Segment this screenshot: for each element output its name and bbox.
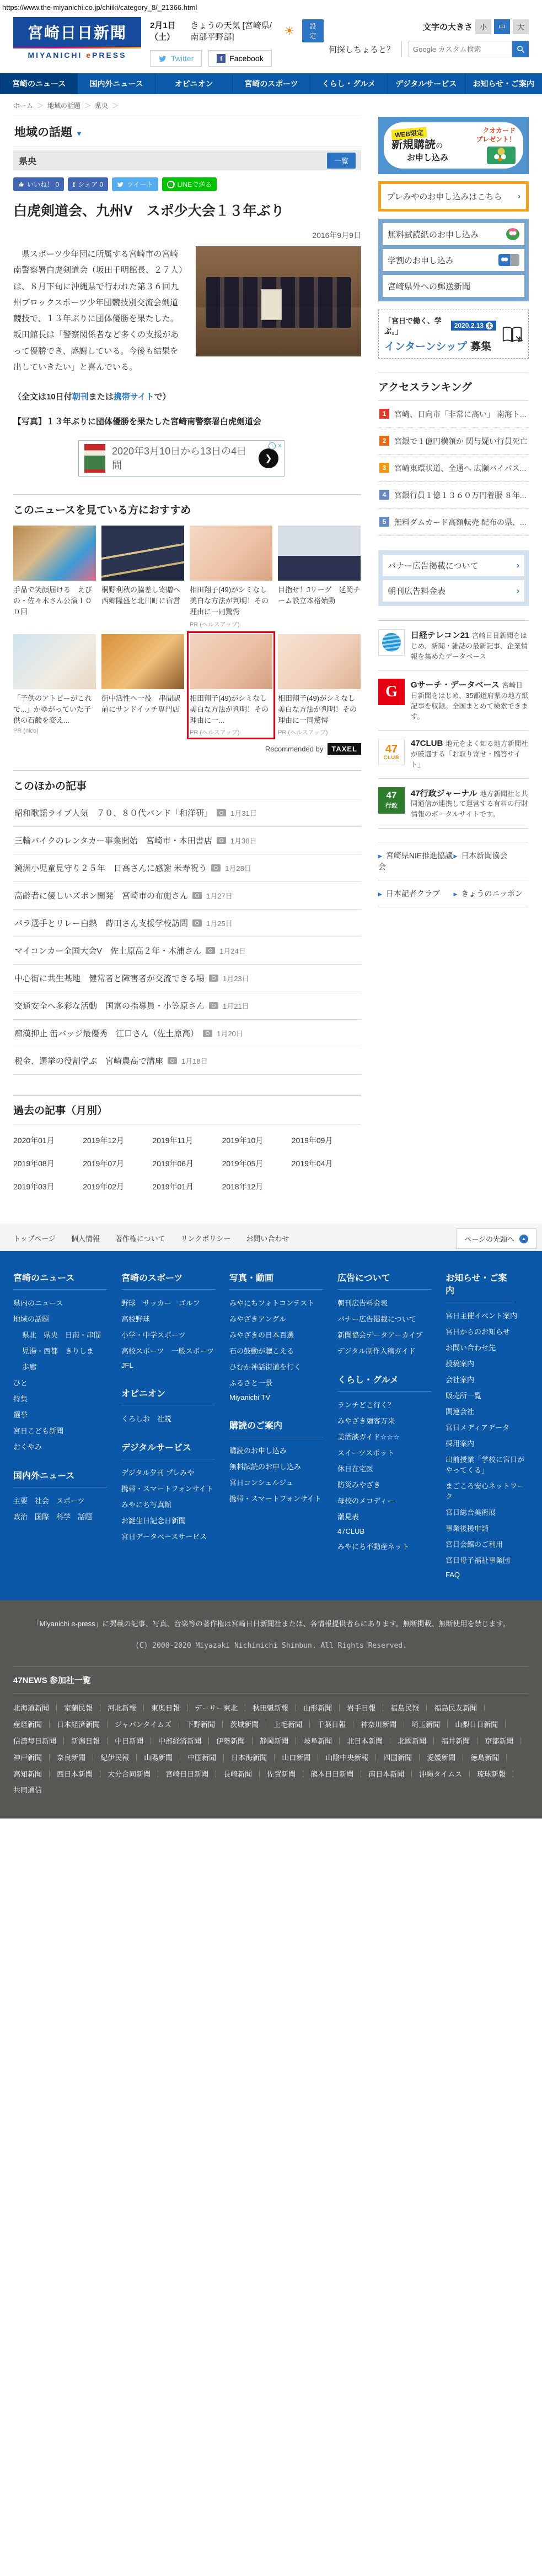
footer-link[interactable]: 美酒談ガイド☆☆☆ xyxy=(337,1428,446,1444)
footer-link[interactable]: 購読のお申し込み xyxy=(229,1442,337,1458)
nav-item[interactable]: 宮崎のニュース xyxy=(0,73,77,94)
newspaper-link[interactable]: 愛媛新聞 xyxy=(427,1750,470,1766)
archive-month-link[interactable]: 2019年08月 xyxy=(13,1152,83,1175)
main-nav: 宮崎のニュース国内外ニュースオピニオン宮崎のスポーツくらし・グルメデジタルサービ… xyxy=(0,73,542,94)
article-photo[interactable] xyxy=(196,246,361,356)
newspaper-link[interactable]: 茨城新聞 xyxy=(230,1717,273,1733)
newspaper-link[interactable]: 宮崎日日新聞 xyxy=(165,1766,223,1783)
chevron-down-icon[interactable]: ▼ xyxy=(76,129,83,138)
morning-edition-link[interactable]: 朝刊 xyxy=(72,392,89,402)
footer-link[interactable]: 県北 県央 日南・串間 xyxy=(13,1327,121,1343)
prefooter-link[interactable]: 著作権について xyxy=(115,1233,165,1243)
recommended-card[interactable]: 桐野利秋の脇差し寄贈へ 西郷隆盛と北川町に宿営 xyxy=(101,526,184,628)
fulltext-note: （全文は10日付朝刊または携帯サイトで） xyxy=(13,391,361,402)
camera-icon xyxy=(217,837,226,844)
apply-box-item[interactable]: 無料試読紙のお申し込み xyxy=(383,223,524,245)
rank-number-badge: 2 xyxy=(379,436,389,446)
service-name: Gサーチ・データベース xyxy=(411,680,500,690)
newspaper-link[interactable]: 奈良新聞 xyxy=(57,1750,100,1766)
card-image xyxy=(13,634,96,689)
news-date: 1月31日 xyxy=(230,808,257,818)
newspaper-link[interactable]: デーリー東北 xyxy=(195,1700,253,1717)
font-size-label: 文字の大きさ xyxy=(423,21,473,33)
footer-link[interactable]: 宮日コンシェルジュ xyxy=(229,1474,337,1490)
footer-link[interactable]: 政治 国際 科学 話題 xyxy=(13,1508,121,1524)
footer-link[interactable]: みやにちフォトコンテスト xyxy=(229,1295,337,1311)
newspaper-link[interactable]: 山形新聞 xyxy=(303,1700,347,1717)
twitter-button[interactable]: Twitter xyxy=(150,50,202,67)
newspaper-link[interactable]: 埼玉新聞 xyxy=(411,1717,455,1733)
epress-e-icon: e xyxy=(86,51,92,59)
newspaper-link[interactable]: 福井新聞 xyxy=(441,1733,485,1750)
weather-label[interactable]: きょうの天気 [宮崎県/南部平野部] xyxy=(190,19,280,42)
recommended-section: このニュースを見ている方におすすめ 手品で笑顔届ける えびの・佐々木さん公演１０… xyxy=(13,494,361,755)
footer-link[interactable]: おくやみ xyxy=(13,1438,121,1454)
news-list-item[interactable]: マイコンカー全国大会V 佐土原高２年・木浦さん 1月24日 xyxy=(13,937,361,965)
footer-link[interactable]: 宮日データベースサービス xyxy=(121,1528,229,1544)
footer-link[interactable]: 石の鼓動が聴こえる xyxy=(229,1343,337,1359)
archive-month-link[interactable]: 2018年12月 xyxy=(222,1175,292,1198)
ad-text: 2020年3月10日から13日の4日間 xyxy=(112,444,252,473)
news-date: 1月28日 xyxy=(225,863,251,873)
footer-link[interactable]: 小学・中学スポーツ xyxy=(121,1327,229,1343)
newspaper-link[interactable]: 産経新聞 xyxy=(13,1717,57,1733)
ranking-item[interactable]: 3 宮崎東環状道、全通へ 広瀬バイパス... xyxy=(378,455,529,482)
footer-link[interactable]: 写真・動画 xyxy=(229,1257,323,1290)
service-logo-icon xyxy=(378,629,405,656)
footer-link[interactable]: 高校スポーツ 一般スポーツ xyxy=(121,1343,229,1359)
news-list-item[interactable]: 中心街に共生基地 健常者と障害者が交流できる場 1月23日 xyxy=(13,965,361,992)
camera-icon xyxy=(209,1002,218,1009)
footer-sitemap: 宮崎のニュース県内のニュース地域の話題県北 県央 日南・串間児湯・西都 きりしま… xyxy=(0,1251,542,1600)
newspaper-link[interactable]: 紀伊民報 xyxy=(100,1750,144,1766)
footer-link[interactable]: 販売所一覧 xyxy=(446,1387,529,1403)
footer-link[interactable]: 休日在宅医 xyxy=(337,1460,446,1476)
line-share-button[interactable]: LINEで送る xyxy=(162,177,217,191)
footer-column-3: 写真・動画みやにちフォトコンテストみやざきアングルみやざきの日本百選石の鼓動が聴… xyxy=(229,1257,337,1582)
footer-link[interactable]: くろしお 社説 xyxy=(121,1410,229,1426)
card-pr-label: PR (ヘルスアップ) xyxy=(190,620,272,629)
footer-link[interactable]: 宮日メディアデータ xyxy=(446,1419,529,1435)
newspaper-link[interactable]: 岐阜新聞 xyxy=(303,1733,347,1750)
newspaper-link[interactable]: 神戸新聞 xyxy=(13,1750,57,1766)
nav-item[interactable]: オピニオン xyxy=(155,73,232,94)
newspaper-link[interactable]: 中部経済新聞 xyxy=(158,1733,216,1750)
news-date: 1月18日 xyxy=(181,1056,208,1066)
ad-arrow-button[interactable]: ❯ xyxy=(259,448,278,468)
footer-link[interactable]: 携帯・スマートフォンサイト xyxy=(229,1490,337,1506)
camera-icon xyxy=(209,975,218,982)
footer-link[interactable]: デジタル夕刊 プレみや xyxy=(121,1464,229,1480)
subscribe-cloud: WEB限定 新規購読の お申し込み クオカードプレゼント！ xyxy=(384,122,523,169)
news-date: 1月23日 xyxy=(223,973,249,983)
footer-link[interactable]: お知らせ・ご案内 xyxy=(446,1257,514,1302)
nav-item[interactable]: 国内外ニュース xyxy=(77,73,154,94)
search-button[interactable] xyxy=(512,41,529,57)
newspaper-link[interactable]: 中国新聞 xyxy=(187,1750,231,1766)
footer-link[interactable]: 宮日総合美術展 xyxy=(446,1504,529,1520)
footer-link[interactable]: 事業後援申請 xyxy=(446,1520,529,1536)
arrow-up-icon: ▲ xyxy=(519,1235,528,1243)
partner-link[interactable]: 日本記者クラブ xyxy=(378,880,454,907)
footer-link[interactable]: 新聞協会データアーカイブ xyxy=(337,1327,446,1343)
social-share-row: いいね！ 0 f シェア 0 ツイート LINEで送る xyxy=(13,177,361,191)
internship-quote: 「宮日で働く、学ぶ。」 xyxy=(384,315,448,336)
newspaper-link[interactable]: 京都新聞 xyxy=(485,1733,528,1750)
footer-link[interactable]: FAQ xyxy=(446,1568,529,1582)
ad-info-icon[interactable]: i xyxy=(269,442,276,450)
footer-link[interactable]: 特集 xyxy=(13,1390,121,1406)
footer-link[interactable]: 宮崎のニュース xyxy=(13,1257,107,1290)
card-image xyxy=(278,526,361,581)
newspaper-link[interactable]: 岩手日報 xyxy=(347,1700,390,1717)
other-articles-heading: このほかの記事 xyxy=(13,770,361,799)
ranking-item[interactable]: 5 無料ダムカード高額転売 配布の県、... xyxy=(378,509,529,536)
newspaper-link[interactable]: 神奈川新聞 xyxy=(361,1717,411,1733)
ad-banner[interactable]: 2020年3月10日から13日の4日間 ❯ i × xyxy=(78,440,285,477)
footer-link[interactable]: 宮日こども新聞 xyxy=(13,1422,121,1438)
archive-section: 過去の記事（月別） 2020年01月2019年12月2019年11月2019年1… xyxy=(13,1095,361,1198)
partner-link[interactable]: 宮崎県NIE推進協議会 xyxy=(378,842,454,880)
footer-column-1: 宮崎のニュース県内のニュース地域の話題県北 県央 日南・串間児湯・西都 きりしま… xyxy=(13,1257,121,1582)
footer-link[interactable]: ひむか神話街道を行く xyxy=(229,1359,337,1374)
recommended-card[interactable]: 手品で笑顔届ける えびの・佐々木さん公演１００回 xyxy=(13,526,96,628)
back-to-top-button[interactable]: ページの先頭へ ▲ xyxy=(456,1229,536,1249)
news-list-item[interactable]: 税金、選挙の役割学ぶ 宮崎農高で講座 1月18日 xyxy=(13,1047,361,1075)
camera-icon xyxy=(217,809,226,816)
footer-column-5: お知らせ・ご案内宮日主催イベント案内宮日からのお知らせお問い合わせ先投稿案内会社… xyxy=(446,1257,529,1582)
copyright-footer: 「Miyanichi e-press」に掲載の記事、写真、音楽等の著作権は宮崎日… xyxy=(0,1600,542,1819)
service-item[interactable]: 47行政ジャーナル 地方新聞社と共同通信が連携して運営する有料の行財情報のポータ… xyxy=(378,779,529,829)
rank-number-badge: 4 xyxy=(379,490,389,500)
rank-number-badge: 3 xyxy=(379,463,389,473)
news-title: 交通安全へ多彩な活動 国富の指導員・小笠原さん xyxy=(14,1000,205,1011)
news-list-item[interactable]: 三輪バイクのレンタカー事業開始 宮崎市・本田書店 1月30日 xyxy=(13,827,361,854)
card-title: 相田翔子(49)がシミなし美白な方法が判明！その理由に一同驚愕 xyxy=(190,585,272,618)
newspaper-link[interactable]: 共同通信 xyxy=(13,1782,50,1799)
card-title: 相田翔子(49)がシミなし美白な方法が判明！その理由に一同驚愕 xyxy=(278,693,361,726)
archive-month-link[interactable]: 2019年05月 xyxy=(222,1152,292,1175)
footer-link[interactable]: 朝刊広告料金表 xyxy=(337,1295,446,1311)
newspaper-link[interactable]: 上毛新聞 xyxy=(273,1717,317,1733)
footer-column-2: 宮崎のスポーツ野球 サッカー ゴルフ高校野球小学・中学スポーツ高校スポーツ 一般… xyxy=(121,1257,229,1582)
mobile-site-link[interactable]: 携帯サイト xyxy=(114,392,154,402)
footer-link[interactable]: 児湯・西都 きりしま xyxy=(13,1343,121,1359)
footer-link[interactable]: バナー広告掲載について xyxy=(337,1311,446,1327)
footer-link[interactable]: 採用案内 xyxy=(446,1435,529,1451)
sun-icon: ☀ xyxy=(284,25,294,37)
footer-link[interactable]: 投稿案内 xyxy=(446,1355,529,1371)
newspaper-link[interactable]: 新潟日報 xyxy=(71,1733,115,1750)
newspaper-link[interactable]: 北日本新聞 xyxy=(347,1733,398,1750)
footer-link[interactable]: 宮日からのお知らせ xyxy=(446,1323,529,1339)
footer-link[interactable]: お問い合わせ先 xyxy=(446,1339,529,1355)
ranking-heading: アクセスランキング xyxy=(378,372,529,401)
services-section: 日経テレコン21 宮崎日日新聞をはじめ、新聞・雑誌の最新記事、企業情報を集めたデ… xyxy=(378,620,529,829)
facebook-share-button[interactable]: f シェア 0 xyxy=(68,177,108,191)
news-title: 税金、選挙の役割学ぶ 宮崎農高で講座 xyxy=(14,1055,163,1067)
prefooter-link[interactable]: 個人情報 xyxy=(71,1233,100,1243)
photo-caption: 【写真】１３年ぶりに団体優勝を果たした宮崎南警察署白虎剣道会 xyxy=(13,415,361,427)
footer-link[interactable]: みやざきアングル xyxy=(229,1311,337,1327)
footer-link[interactable]: 会社案内 xyxy=(446,1371,529,1387)
archive-month-link[interactable]: 2019年11月 xyxy=(152,1129,222,1152)
ranking-item[interactable]: 2 宮銀で１億円横領か 関与疑い行員死亡 xyxy=(378,428,529,455)
archive-month-link[interactable]: 2019年03月 xyxy=(13,1175,83,1198)
footer-link[interactable]: 高校野球 xyxy=(121,1311,229,1327)
newspaper-link[interactable]: 山陽新聞 xyxy=(144,1750,187,1766)
newspaper-link[interactable]: ジャパンタイムズ xyxy=(115,1717,186,1733)
newspaper-link[interactable]: 中日新聞 xyxy=(115,1733,158,1750)
archive-month-link[interactable]: 2019年12月 xyxy=(83,1129,152,1152)
article-body: 県スポーツ少年団に所属する宮崎市の宮崎南警察署白虎剣道会（坂田千明館長、２７人）… xyxy=(13,246,185,375)
newspaper-link[interactable]: 山梨日日新聞 xyxy=(455,1717,513,1733)
newspaper-link[interactable]: 琉球新報 xyxy=(477,1766,520,1783)
archive-month-link[interactable]: 2019年01月 xyxy=(152,1175,222,1198)
47news-heading: 47NEWS 参加社一覧 xyxy=(13,1666,529,1693)
camera-icon xyxy=(206,947,215,954)
footer-link[interactable]: 無料試読のお申し込み xyxy=(229,1458,337,1474)
recommended-card[interactable]: 街中活性へ一役 串間駅前にサンドイッチ専門店 xyxy=(101,634,184,737)
archive-month-link[interactable]: 2019年07月 xyxy=(83,1152,152,1175)
nav-item[interactable]: デジタルサービス xyxy=(387,73,464,94)
footer-link[interactable]: 潮見表 xyxy=(337,1508,446,1524)
newspaper-link[interactable]: 徳島新聞 xyxy=(470,1750,514,1766)
recommended-card[interactable]: 相田翔子(49)がシミなし美白な方法が判明！その理由に一... PR (ヘルスア… xyxy=(190,634,272,737)
footer-link[interactable]: 野球 サッカー ゴルフ xyxy=(121,1295,229,1311)
recommended-card[interactable]: 相田翔子(49)がシミなし美白な方法が判明！その理由に一同驚愕 PR (ヘルスア… xyxy=(190,526,272,628)
footer-link[interactable]: ひと xyxy=(13,1374,121,1390)
prefooter-link[interactable]: リンクポリシー xyxy=(181,1233,231,1243)
footer-link[interactable]: JFL xyxy=(121,1359,229,1372)
newspaper-link[interactable]: 大分合同新聞 xyxy=(108,1766,165,1783)
footer-link[interactable]: くらし・グルメ xyxy=(337,1359,431,1392)
newspaper-link[interactable]: 日本経済新聞 xyxy=(57,1717,115,1733)
footer-link[interactable]: みやにち写真館 xyxy=(121,1496,229,1512)
newspaper-link[interactable]: 河北新報 xyxy=(108,1700,151,1717)
sidebar: WEB限定 新規購読の お申し込み クオカードプレゼント！ プレみやのお申し込み… xyxy=(378,116,529,907)
card-pr-label: PR (nico) xyxy=(13,728,96,734)
newspaper-link[interactable]: 佐賀新聞 xyxy=(267,1766,310,1783)
recommended-card[interactable]: 「子供のアトピーがこれで...」かゆがっていた子供の石鹸を変え... PR (n… xyxy=(13,634,96,737)
archive-heading: 過去の記事（月別） xyxy=(13,1095,361,1124)
footer-link[interactable]: ランチどこ行く？ xyxy=(337,1397,446,1413)
footer-link[interactable]: 広告について xyxy=(337,1257,431,1290)
prefooter-link[interactable]: トップページ xyxy=(13,1233,56,1243)
newspaper-link[interactable]: 伊勢新聞 xyxy=(216,1733,260,1750)
footer-link[interactable]: スイーツスポット xyxy=(337,1444,446,1460)
news-date: 1月20日 xyxy=(217,1028,243,1038)
footer-link[interactable]: オピニオン xyxy=(121,1372,215,1405)
newspaper-link[interactable]: 下野新聞 xyxy=(186,1717,230,1733)
premiya-apply-banner[interactable]: プレみやのお申し込みはこちら › xyxy=(378,181,529,212)
newspaper-link[interactable]: 東奥日報 xyxy=(151,1700,195,1717)
archive-month-link[interactable]: 2019年06月 xyxy=(152,1152,222,1175)
ad-info-item[interactable]: 朝刊広告料金表 › xyxy=(383,580,524,602)
apply-box-item[interactable]: 学割のお申し込み xyxy=(383,249,524,271)
facebook-icon: f xyxy=(73,180,75,189)
footer-link[interactable]: お誕生日記念日新聞 xyxy=(121,1512,229,1528)
list-button[interactable]: 一覧 xyxy=(327,153,356,169)
partner-links: 宮崎県NIE推進協議会日本新聞協会日本記者クラブきょうのニッポン xyxy=(378,842,529,907)
news-title: 昭和歌謡ライブ人気 ７０、８０代バンド「和洋研」 xyxy=(14,807,212,819)
archive-month-link[interactable]: 2019年04月 xyxy=(292,1152,361,1175)
archive-month-link[interactable]: 2019年09月 xyxy=(292,1129,361,1152)
book-pen-icon xyxy=(502,325,523,344)
footer-link[interactable]: Miyanichi TV xyxy=(229,1390,337,1404)
apply-box-item[interactable]: 宮崎県外への郵送新聞 xyxy=(383,275,524,297)
news-title: 三輪バイクのレンタカー事業開始 宮崎市・本田書店 xyxy=(14,835,212,846)
facebook-like-button[interactable]: いいね！ 0 xyxy=(13,177,64,191)
thumb-up-icon xyxy=(18,181,24,187)
camera-icon xyxy=(192,892,202,899)
font-size-medium-button[interactable]: 中 xyxy=(494,19,510,34)
rank-number-badge: 5 xyxy=(379,517,389,527)
facebook-icon: f xyxy=(217,54,226,63)
archive-month-link[interactable]: 2019年10月 xyxy=(222,1129,292,1152)
newspaper-list: 北海道新聞室蘭民報河北新報東奥日報デーリー東北秋田魁新報山形新聞岩手日報福島民報… xyxy=(13,1693,529,1799)
service-logo-icon xyxy=(378,679,405,705)
nav-item[interactable]: 宮崎のスポーツ xyxy=(232,73,309,94)
newspaper-link[interactable]: 山口新聞 xyxy=(282,1750,325,1766)
newspaper-link[interactable]: 福島民友新聞 xyxy=(434,1700,492,1717)
footer-link[interactable]: デジタルサービス xyxy=(121,1426,215,1459)
internship-date-badge: 2020.2.13木 xyxy=(451,321,496,331)
font-size-small-button[interactable]: 小 xyxy=(475,19,491,34)
newspaper-link[interactable]: 信濃毎日新聞 xyxy=(13,1733,71,1750)
recommended-card[interactable]: 相田翔子(49)がシミなし美白な方法が判明！その理由に一同驚愕 PR (ヘルスア… xyxy=(278,634,361,737)
search-input[interactable] xyxy=(409,41,512,57)
recommended-heading: このニュースを見ている方におすすめ xyxy=(13,494,361,517)
newspaper-link[interactable]: 四国新聞 xyxy=(383,1750,427,1766)
settings-button[interactable]: 設定 xyxy=(302,19,324,42)
footer-link[interactable]: みやざきの日本百選 xyxy=(229,1327,337,1343)
newspaper-link[interactable]: 高知新聞 xyxy=(13,1766,57,1783)
news-title: 鏡洲小児童見守り２５年 日高さんに感謝 米寿祝う xyxy=(14,862,207,874)
news-date: 1月24日 xyxy=(219,945,246,956)
internship-title: インターンシップ xyxy=(384,341,467,353)
newspaper-link[interactable]: 熊本日日新聞 xyxy=(310,1766,368,1783)
footer-link[interactable]: 出前授業「学校に宮日がやってくる」 xyxy=(446,1451,529,1478)
newspaper-link[interactable]: 千葉日報 xyxy=(317,1717,361,1733)
card-pr-label: PR (ヘルスアップ) xyxy=(278,728,361,737)
news-list-item[interactable]: 痴漢抑止 缶バッジ最優秀 江口さん（佐土原高） 1月20日 xyxy=(13,1020,361,1047)
footer-link[interactable]: 防災みやざき xyxy=(337,1476,446,1492)
footer-link[interactable]: 国内外ニュース xyxy=(13,1454,107,1487)
internship-banner[interactable]: 「宮日で働く、学ぶ。」 2020.2.13木 インターンシップ募集 xyxy=(378,310,529,359)
service-item[interactable]: Gサーチ・データベース 宮崎日日新聞をはじめ、35都道府県の地方紙記事を収録。全… xyxy=(378,670,529,730)
prefooter-link[interactable]: お問い合わせ xyxy=(246,1233,289,1243)
service-name: 47行政ジャーナル xyxy=(411,789,477,798)
font-size-large-button[interactable]: 大 xyxy=(513,19,529,34)
footer-link[interactable]: 主要 社会 スポーツ xyxy=(13,1492,121,1508)
footer-link[interactable]: 購読のご案内 xyxy=(229,1404,323,1437)
camera-icon xyxy=(192,919,202,927)
footer-link[interactable]: 地域の話題 xyxy=(13,1311,121,1327)
mascot-icon xyxy=(506,228,519,240)
newspaper-link[interactable]: 北海道新聞 xyxy=(13,1700,64,1717)
newspaper-link[interactable]: 福島民報 xyxy=(390,1700,434,1717)
footer-link[interactable]: ふるさと一景 xyxy=(229,1374,337,1390)
newspaper-link[interactable]: 静岡新聞 xyxy=(260,1733,303,1750)
footer-link[interactable]: 携帯・スマートフォンサイト xyxy=(121,1480,229,1496)
chevron-right-icon: › xyxy=(517,561,519,570)
news-title: パラ選手とリレー白熱 蒔田さん支援学校訪問 xyxy=(14,917,188,929)
card-title: 手品で笑顔届ける えびの・佐々木さん公演１００回 xyxy=(13,585,96,618)
tweet-button[interactable]: ツイート xyxy=(112,177,158,191)
archive-month-link[interactable]: 2019年02月 xyxy=(83,1175,152,1198)
breadcrumb-item[interactable]: 地域の話題 xyxy=(47,101,95,110)
card-title: 目指せ！Jリーグ 延岡チーム設立本格始動 xyxy=(278,585,361,607)
footer-link[interactable]: まごころ安心ネットワーク xyxy=(446,1478,529,1504)
news-list-item[interactable]: パラ選手とリレー白熱 蒔田さん支援学校訪問 1月25日 xyxy=(13,910,361,937)
footer-link[interactable]: みやにち不動産ネット xyxy=(337,1538,446,1554)
line-icon xyxy=(167,181,175,188)
footer-link[interactable]: 県内のニュース xyxy=(13,1295,121,1311)
ranking-item[interactable]: 1 宮崎、日向市「非常に高い」 南海ト... xyxy=(378,401,529,428)
newspaper-link[interactable]: 山陰中央新報 xyxy=(325,1750,383,1766)
newspaper-link[interactable]: 西日本新聞 xyxy=(57,1766,108,1783)
newspaper-link[interactable]: 日本海新聞 xyxy=(231,1750,282,1766)
news-list-item[interactable]: 鏡洲小児童見守り２５年 日高さんに感謝 米寿祝う 1月28日 xyxy=(13,854,361,882)
footer-link[interactable]: 宮日会館のご利用 xyxy=(446,1536,529,1552)
footer-link[interactable]: 歩廊 xyxy=(13,1359,121,1374)
ad-info-item[interactable]: バナー広告掲載について › xyxy=(383,555,524,576)
archive-month-link[interactable]: 2020年01月 xyxy=(13,1129,83,1152)
newspaper-link[interactable]: 南日本新聞 xyxy=(368,1766,419,1783)
service-item[interactable]: 日経テレコン21 宮崎日日新聞をはじめ、新聞・雑誌の最新記事、企業情報を集めたデ… xyxy=(378,621,529,670)
footer-link[interactable]: 宮日母子福祉事業団 xyxy=(446,1552,529,1568)
search-icon xyxy=(517,45,525,53)
newspaper-link[interactable]: 沖縄タイムス xyxy=(419,1766,477,1783)
recommended-card[interactable]: 目指せ！Jリーグ 延岡チーム設立本格始動 xyxy=(278,526,361,628)
footer-link[interactable]: 宮日主催イベント案内 xyxy=(446,1307,529,1323)
nav-item[interactable]: くらし・グルメ xyxy=(310,73,387,94)
facebook-button[interactable]: f Facebook xyxy=(208,50,271,67)
newspaper-link[interactable]: 秋田魁新報 xyxy=(253,1700,303,1717)
taxel-logo[interactable]: TAXEL xyxy=(328,743,361,755)
ranking-item[interactable]: 4 宮銀行員１億１３６０万円着服 ８年... xyxy=(378,482,529,509)
news-list-item[interactable]: 昭和歌謡ライブ人気 ７０、８０代バンド「和洋研」 1月31日 xyxy=(13,799,361,827)
card-image xyxy=(101,634,184,689)
page-title: 地域の話題▼ xyxy=(13,116,361,147)
nav-item[interactable]: お知らせ・ご案内 xyxy=(465,73,542,94)
footer-link[interactable]: 宮崎のスポーツ xyxy=(121,1257,215,1290)
ad-close-icon[interactable]: × xyxy=(278,442,282,450)
footer-link[interactable]: みやざき麺客万来 xyxy=(337,1413,446,1428)
footer-link[interactable]: 関連会社 xyxy=(446,1403,529,1419)
service-item[interactable]: 47CLUB 地元をよく知る地方新聞社が厳選する「お取り寄せ・贈答サイト」 xyxy=(378,730,529,778)
footer-link[interactable]: デジタル制作入稿ガイド xyxy=(337,1343,446,1359)
footer-link[interactable]: 選挙 xyxy=(13,1406,121,1422)
footer-link[interactable]: 47CLUB xyxy=(337,1524,446,1538)
news-list-item[interactable]: 交通安全へ多彩な活動 国富の指導員・小笠原さん 1月21日 xyxy=(13,992,361,1020)
newspaper-link[interactable]: 長崎新聞 xyxy=(223,1766,267,1783)
newspaper-link[interactable]: 室蘭民報 xyxy=(64,1700,108,1717)
ranking-title: 無料ダムカード高額転売 配布の県、... xyxy=(394,517,527,528)
newspaper-link[interactable]: 北國新聞 xyxy=(398,1733,441,1750)
footer-link[interactable]: 母校のメロディー xyxy=(337,1492,446,1508)
partner-link[interactable]: きょうのニッポン xyxy=(454,880,529,907)
partner-link[interactable]: 日本新聞協会 xyxy=(454,842,529,880)
breadcrumb-item[interactable]: 県央 xyxy=(95,101,122,110)
news-date: 1月25日 xyxy=(206,918,233,928)
subscribe-banner[interactable]: WEB限定 新規購読の お申し込み クオカードプレゼント！ xyxy=(378,117,529,174)
breadcrumb-item[interactable]: ホーム xyxy=(13,101,47,110)
site-logo[interactable]: 宮崎日日新聞 MIYANICHI ePRESS xyxy=(13,17,141,59)
news-list-item[interactable]: 高齢者に優しいズボン開発 宮崎市の布施さん 1月27日 xyxy=(13,882,361,910)
service-name: 47CLUB xyxy=(411,739,443,748)
